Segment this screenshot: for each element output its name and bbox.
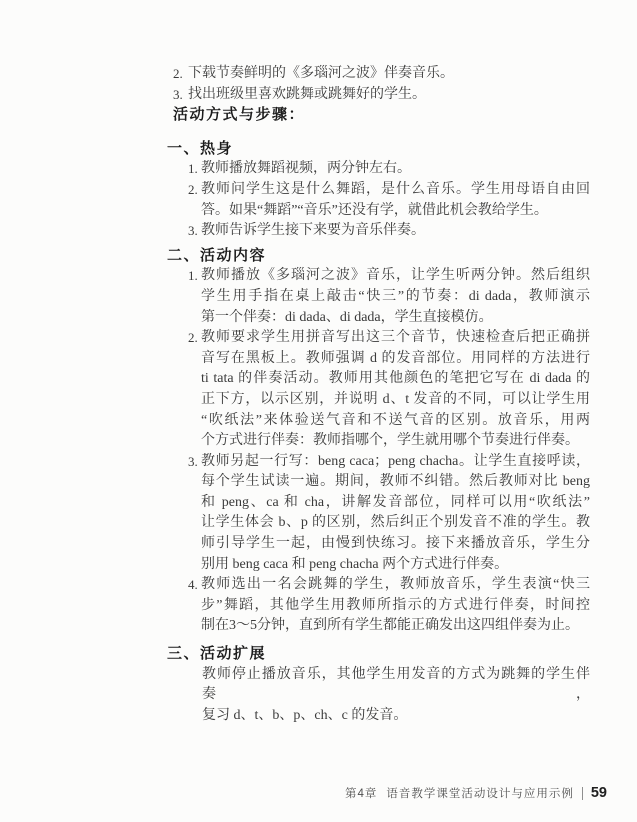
text-line: 正下方，以示区别，并说明 d、t 发音的不同，可以让学生用	[201, 390, 590, 411]
item-text: 教师选出一名会跳舞的学生，教师放音乐，学生表演“快三 步”舞蹈，其他学生用教师所…	[201, 575, 590, 637]
text-line: 第一个伴奏：di dada、di dada，学生直接模仿。	[201, 308, 590, 329]
text-line: 个方式进行伴奏：教师指哪个，学生就用哪个节奏进行伴奏。	[201, 431, 590, 452]
text-line: 教师要求学生用拼音写出这三个音节，快速检查后把正确拼	[201, 328, 590, 349]
text-line: 让学生体会 b、p 的区别，然后纠正个别发音不准的学生。教	[201, 513, 590, 534]
text-line: 复习 d、t、b、p、ch、c 的发音。	[202, 706, 590, 727]
item-number: 3.	[173, 85, 188, 106]
activity-steps-heading: 活动方式与步骤：	[173, 105, 590, 126]
footer-divider	[582, 787, 583, 800]
text-line: 制在3～5分钟，直到所有学生都能正确发出这四组伴奏为止。	[201, 616, 590, 637]
item-text: 下载节奏鲜明的《多瑙河之波》伴奏音乐。	[188, 64, 590, 85]
activity-item-2: 2. 教师要求学生用拼音写出这三个音节，快速检查后把正确拼 音写在黑板上。教师强…	[188, 328, 590, 452]
text-line: 和 peng、ca 和 cha，讲解发音部位，同样可以用“吹纸法”	[201, 493, 590, 514]
extension-paragraph: 教师停止播放音乐，其他学生用发音的方式为跳舞的学生伴奏， 复习 d、t、b、p、…	[202, 665, 590, 727]
text-line: 步”舞蹈，其他学生用教师所指示的方式进行伴奏，时间控	[201, 596, 590, 617]
text-line: 教师问学生这是什么舞蹈，是什么音乐。学生用母语自由回	[201, 180, 590, 201]
item-text: 教师问学生这是什么舞蹈，是什么音乐。学生用母语自由回 答。如果“舞蹈”“音乐”还…	[201, 180, 590, 221]
item-number: 2.	[173, 64, 188, 85]
text-line: 教师选出一名会跳舞的学生，教师放音乐，学生表演“快三	[201, 575, 590, 596]
item-text: 教师另起一行写：beng caca；peng chacha。让学生直接呼读， 每…	[201, 452, 590, 576]
text-line: 别用 beng caca 和 peng chacha 两个方式进行伴奏。	[201, 555, 590, 576]
item-text: 找出班级里喜欢跳舞或跳舞好的学生。	[188, 85, 590, 106]
item-number: 3.	[188, 452, 201, 576]
warmup-item-3: 3. 教师告诉学生接下来要为音乐伴奏。	[188, 221, 590, 242]
item-text: 教师播放《多瑙河之波》音乐，让学生听两分钟。然后组织 学生用手指在桌上敲击“快三…	[201, 266, 590, 328]
text-line: “吹纸法”来体验送气音和不送气音的区别。放音乐，用两	[201, 411, 590, 432]
prep-list-item-2: 2. 下载节奏鲜明的《多瑙河之波》伴奏音乐。	[167, 64, 590, 85]
text-line: 答。如果“舞蹈”“音乐”还没有学，就借此机会教给学生。	[201, 201, 590, 222]
section-heading-extension: 三、活动扩展	[167, 644, 590, 665]
chapter-label: 第4章	[345, 785, 377, 801]
item-text: 教师要求学生用拼音写出这三个音节，快速检查后把正确拼 音写在黑板上。教师强调 d…	[201, 328, 590, 452]
warmup-item-1: 1. 教师播放舞蹈视频，两分钟左右。	[188, 159, 590, 180]
activity-item-1: 1. 教师播放《多瑙河之波》音乐，让学生听两分钟。然后组织 学生用手指在桌上敲击…	[188, 266, 590, 328]
item-number: 1.	[188, 159, 201, 180]
text-line: 教师停止播放音乐，其他学生用发音的方式为跳舞的学生伴奏，	[202, 665, 590, 706]
item-text: 教师告诉学生接下来要为音乐伴奏。	[201, 221, 590, 242]
item-number: 4.	[188, 575, 201, 637]
text-line: 教师另起一行写：beng caca；peng chacha。让学生直接呼读，	[201, 452, 590, 473]
item-text: 教师播放舞蹈视频，两分钟左右。	[201, 159, 590, 180]
prep-list-item-3: 3. 找出班级里喜欢跳舞或跳舞好的学生。	[167, 85, 590, 106]
section-heading-activity-content: 二、活动内容	[167, 246, 590, 267]
text-line: 音写在黑板上。教师强调 d 的发音部位。用同样的方法进行	[201, 349, 590, 370]
section-heading-warmup: 一、热身	[167, 139, 590, 160]
page-number: 59	[591, 785, 607, 801]
item-number: 2.	[188, 180, 201, 221]
text-line: ti tata 的伴奏活动。教师用其他颜色的笔把它写在 di dada 的	[201, 369, 590, 390]
item-number: 2.	[188, 328, 201, 452]
activity-item-3: 3. 教师另起一行写：beng caca；peng chacha。让学生直接呼读…	[188, 452, 590, 576]
warmup-item-2: 2. 教师问学生这是什么舞蹈，是什么音乐。学生用母语自由回 答。如果“舞蹈”“音…	[188, 180, 590, 221]
text-line: 每个学生试读一遍。期间，教师不纠错。然后教师对比 beng	[201, 472, 590, 493]
text-line: 学生用手指在桌上敲击“快三”的节奏：di dada，教师演示	[201, 287, 590, 308]
item-number: 1.	[188, 266, 201, 328]
text-line: 师引导学生一起，由慢到快练习。接下来播放音乐，学生分	[201, 534, 590, 555]
activity-item-4: 4. 教师选出一名会跳舞的学生，教师放音乐，学生表演“快三 步”舞蹈，其他学生用…	[188, 575, 590, 637]
page-footer: 第4章 语音教学课堂活动设计与应用示例 59	[345, 785, 607, 801]
item-number: 3.	[188, 221, 201, 242]
book-page: 2. 下载节奏鲜明的《多瑙河之波》伴奏音乐。 3. 找出班级里喜欢跳舞或跳舞好的…	[0, 0, 637, 822]
chapter-title: 语音教学课堂活动设计与应用示例	[386, 785, 574, 801]
text-line: 教师播放《多瑙河之波》音乐，让学生听两分钟。然后组织	[201, 266, 590, 287]
page-content: 2. 下载节奏鲜明的《多瑙河之波》伴奏音乐。 3. 找出班级里喜欢跳舞或跳舞好的…	[167, 64, 590, 726]
